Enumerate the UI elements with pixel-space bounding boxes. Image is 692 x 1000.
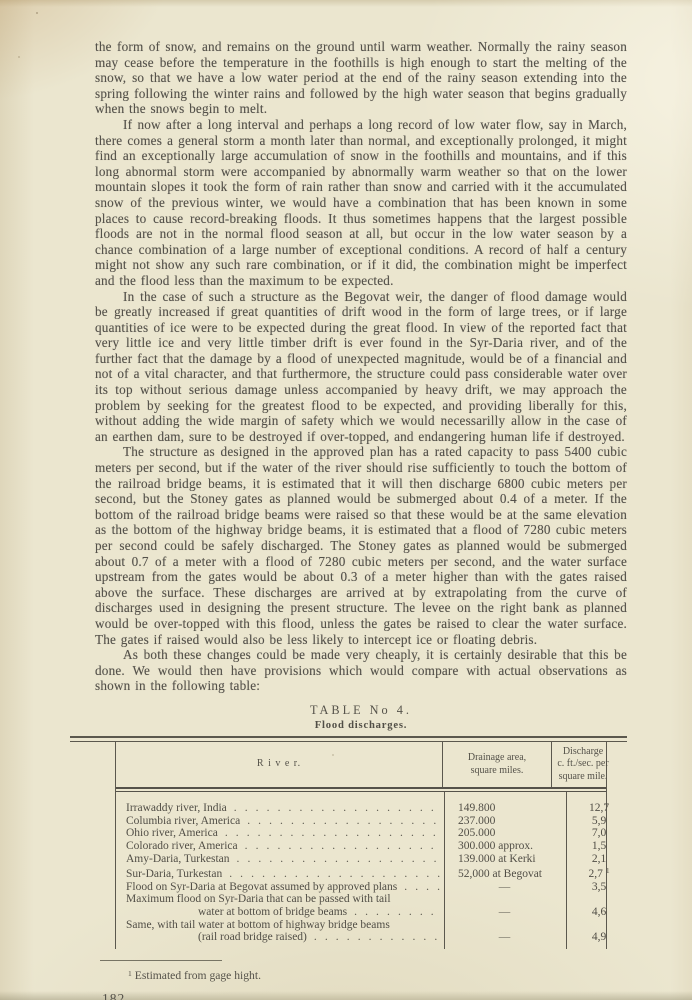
table-box: R i v e r. Drainage area, square miles. … — [115, 742, 607, 949]
drainage-area-value: 237.000 — [445, 815, 567, 828]
dot-leader: . . . . . . . . . . . . . . . . . . . . … — [218, 827, 442, 840]
drainage-area-value: 52,000 at Begovat — [445, 865, 567, 881]
discharge-value: 2,1 — [567, 853, 632, 866]
drainage-area-value: 300.000 approx. — [445, 840, 567, 853]
table-row: Same, with tail water at bottom of highw… — [116, 919, 631, 949]
drainage-area-value: — — [445, 881, 567, 894]
table-title: TABLE No 4. — [95, 703, 627, 718]
column-header-discharge: Discharge c. ft./sec. per square mile. — [552, 742, 615, 787]
table-row: Maximum flood on Syr-Daria that can be p… — [116, 893, 631, 918]
paper-specks — [36, 12, 38, 14]
paragraph-continued: the form of snow, and remains on the gro… — [95, 39, 627, 117]
discharge-value: 3,5 — [567, 881, 632, 894]
river-name-line2: (rail road bridge raised) — [198, 931, 307, 944]
dot-leader: . . . . . . . . . . . . . . . . . . . . … — [307, 931, 442, 944]
drainage-area-value: 139.000 at Kerki — [445, 853, 567, 866]
table-row: Ohio river, America. . . . . . . . . . .… — [116, 827, 631, 840]
footnote-text: Estimated from gage hight. — [135, 969, 261, 982]
dot-leader: . . . . . . . . . . . . . . . . . . . . … — [397, 881, 442, 894]
river-name: Irrawaddy river, India — [126, 802, 227, 815]
footnote-marker: 1 — [128, 969, 132, 978]
page-number: 182 — [95, 991, 627, 1000]
flood-discharges-table: R i v e r. Drainage area, square miles. … — [70, 736, 627, 949]
paragraph: If now after a long interval and perhaps… — [95, 117, 627, 289]
discharge-value: 4,9 — [567, 919, 632, 949]
table-header-row: R i v e r. Drainage area, square miles. … — [116, 742, 614, 787]
discharge-value: 1,5 — [567, 840, 632, 853]
table-row: Flood on Syr-Daria at Begovat assumed by… — [116, 881, 631, 894]
river-name-line2: water at bottom of bridge beams — [198, 906, 347, 919]
drainage-area-value: — — [445, 919, 567, 949]
river-name: Colorado river, America — [126, 840, 238, 853]
paragraph: As both these changes could be made very… — [95, 647, 627, 694]
dot-leader: . . . . . . . . . . . . . . . . . . . . … — [238, 840, 442, 853]
column-header-river: R i v e r. — [116, 742, 443, 787]
page-content: the form of snow, and remains on the gro… — [95, 39, 627, 1000]
table-caption: Flood discharges. — [95, 720, 627, 731]
river-name: Amy-Daria, Turkestan — [126, 853, 230, 866]
river-name-line1: Same, with tail water at bottom of highw… — [126, 919, 390, 932]
column-header-drainage-area: Drainage area, square miles. — [443, 742, 552, 787]
dot-leader: . . . . . . . . . . . . . . . . . . . . … — [222, 868, 442, 881]
footnote-separator — [100, 960, 222, 961]
river-name: Flood on Syr-Daria at Begovat assumed by… — [126, 881, 397, 894]
river-name: Sur-Daria, Turkestan — [126, 868, 222, 881]
paragraph: The structure as designed in the approve… — [95, 444, 627, 647]
table-row: Amy-Daria, Turkestan. . . . . . . . . . … — [116, 853, 631, 866]
table-row: Sur-Daria, Turkestan. . . . . . . . . . … — [116, 865, 631, 881]
drainage-area-value: — — [445, 893, 567, 918]
table-row: Irrawaddy river, India. . . . . . . . . … — [116, 792, 631, 815]
discharge-value: 2,71 — [567, 865, 632, 881]
table-row: Columbia river, America. . . . . . . . .… — [116, 815, 631, 828]
footnote-marker: 1 — [606, 866, 610, 875]
table-row: Colorado river, America. . . . . . . . .… — [116, 840, 631, 853]
scanned-report-page: the form of snow, and remains on the gro… — [0, 0, 692, 1000]
river-name-line1: Maximum flood on Syr-Daria that can be p… — [126, 893, 391, 906]
discharge-value: 5,9 — [567, 815, 632, 828]
paragraph: In the case of such a structure as the B… — [95, 289, 627, 445]
discharge-value: 12,7 — [567, 792, 632, 815]
table-body: Irrawaddy river, India. . . . . . . . . … — [116, 792, 631, 949]
drainage-area-value: 149.800 — [445, 792, 567, 815]
river-name: Ohio river, America — [126, 827, 218, 840]
dot-leader: . . . . . . . . . . . . . . . . . . . . … — [347, 906, 442, 919]
discharge-value: 7,0 — [567, 827, 632, 840]
discharge-value: 4,6 — [567, 893, 632, 918]
dot-leader: . . . . . . . . . . . . . . . . . . . . … — [230, 853, 443, 866]
dot-leader: . . . . . . . . . . . . . . . . . . . . … — [240, 815, 442, 828]
dot-leader: . . . . . . . . . . . . . . . . . . . . … — [227, 802, 442, 815]
drainage-area-value: 205.000 — [445, 827, 567, 840]
footnote: 1Estimated from gage hight. — [95, 969, 627, 982]
river-name: Columbia river, America — [126, 815, 240, 828]
